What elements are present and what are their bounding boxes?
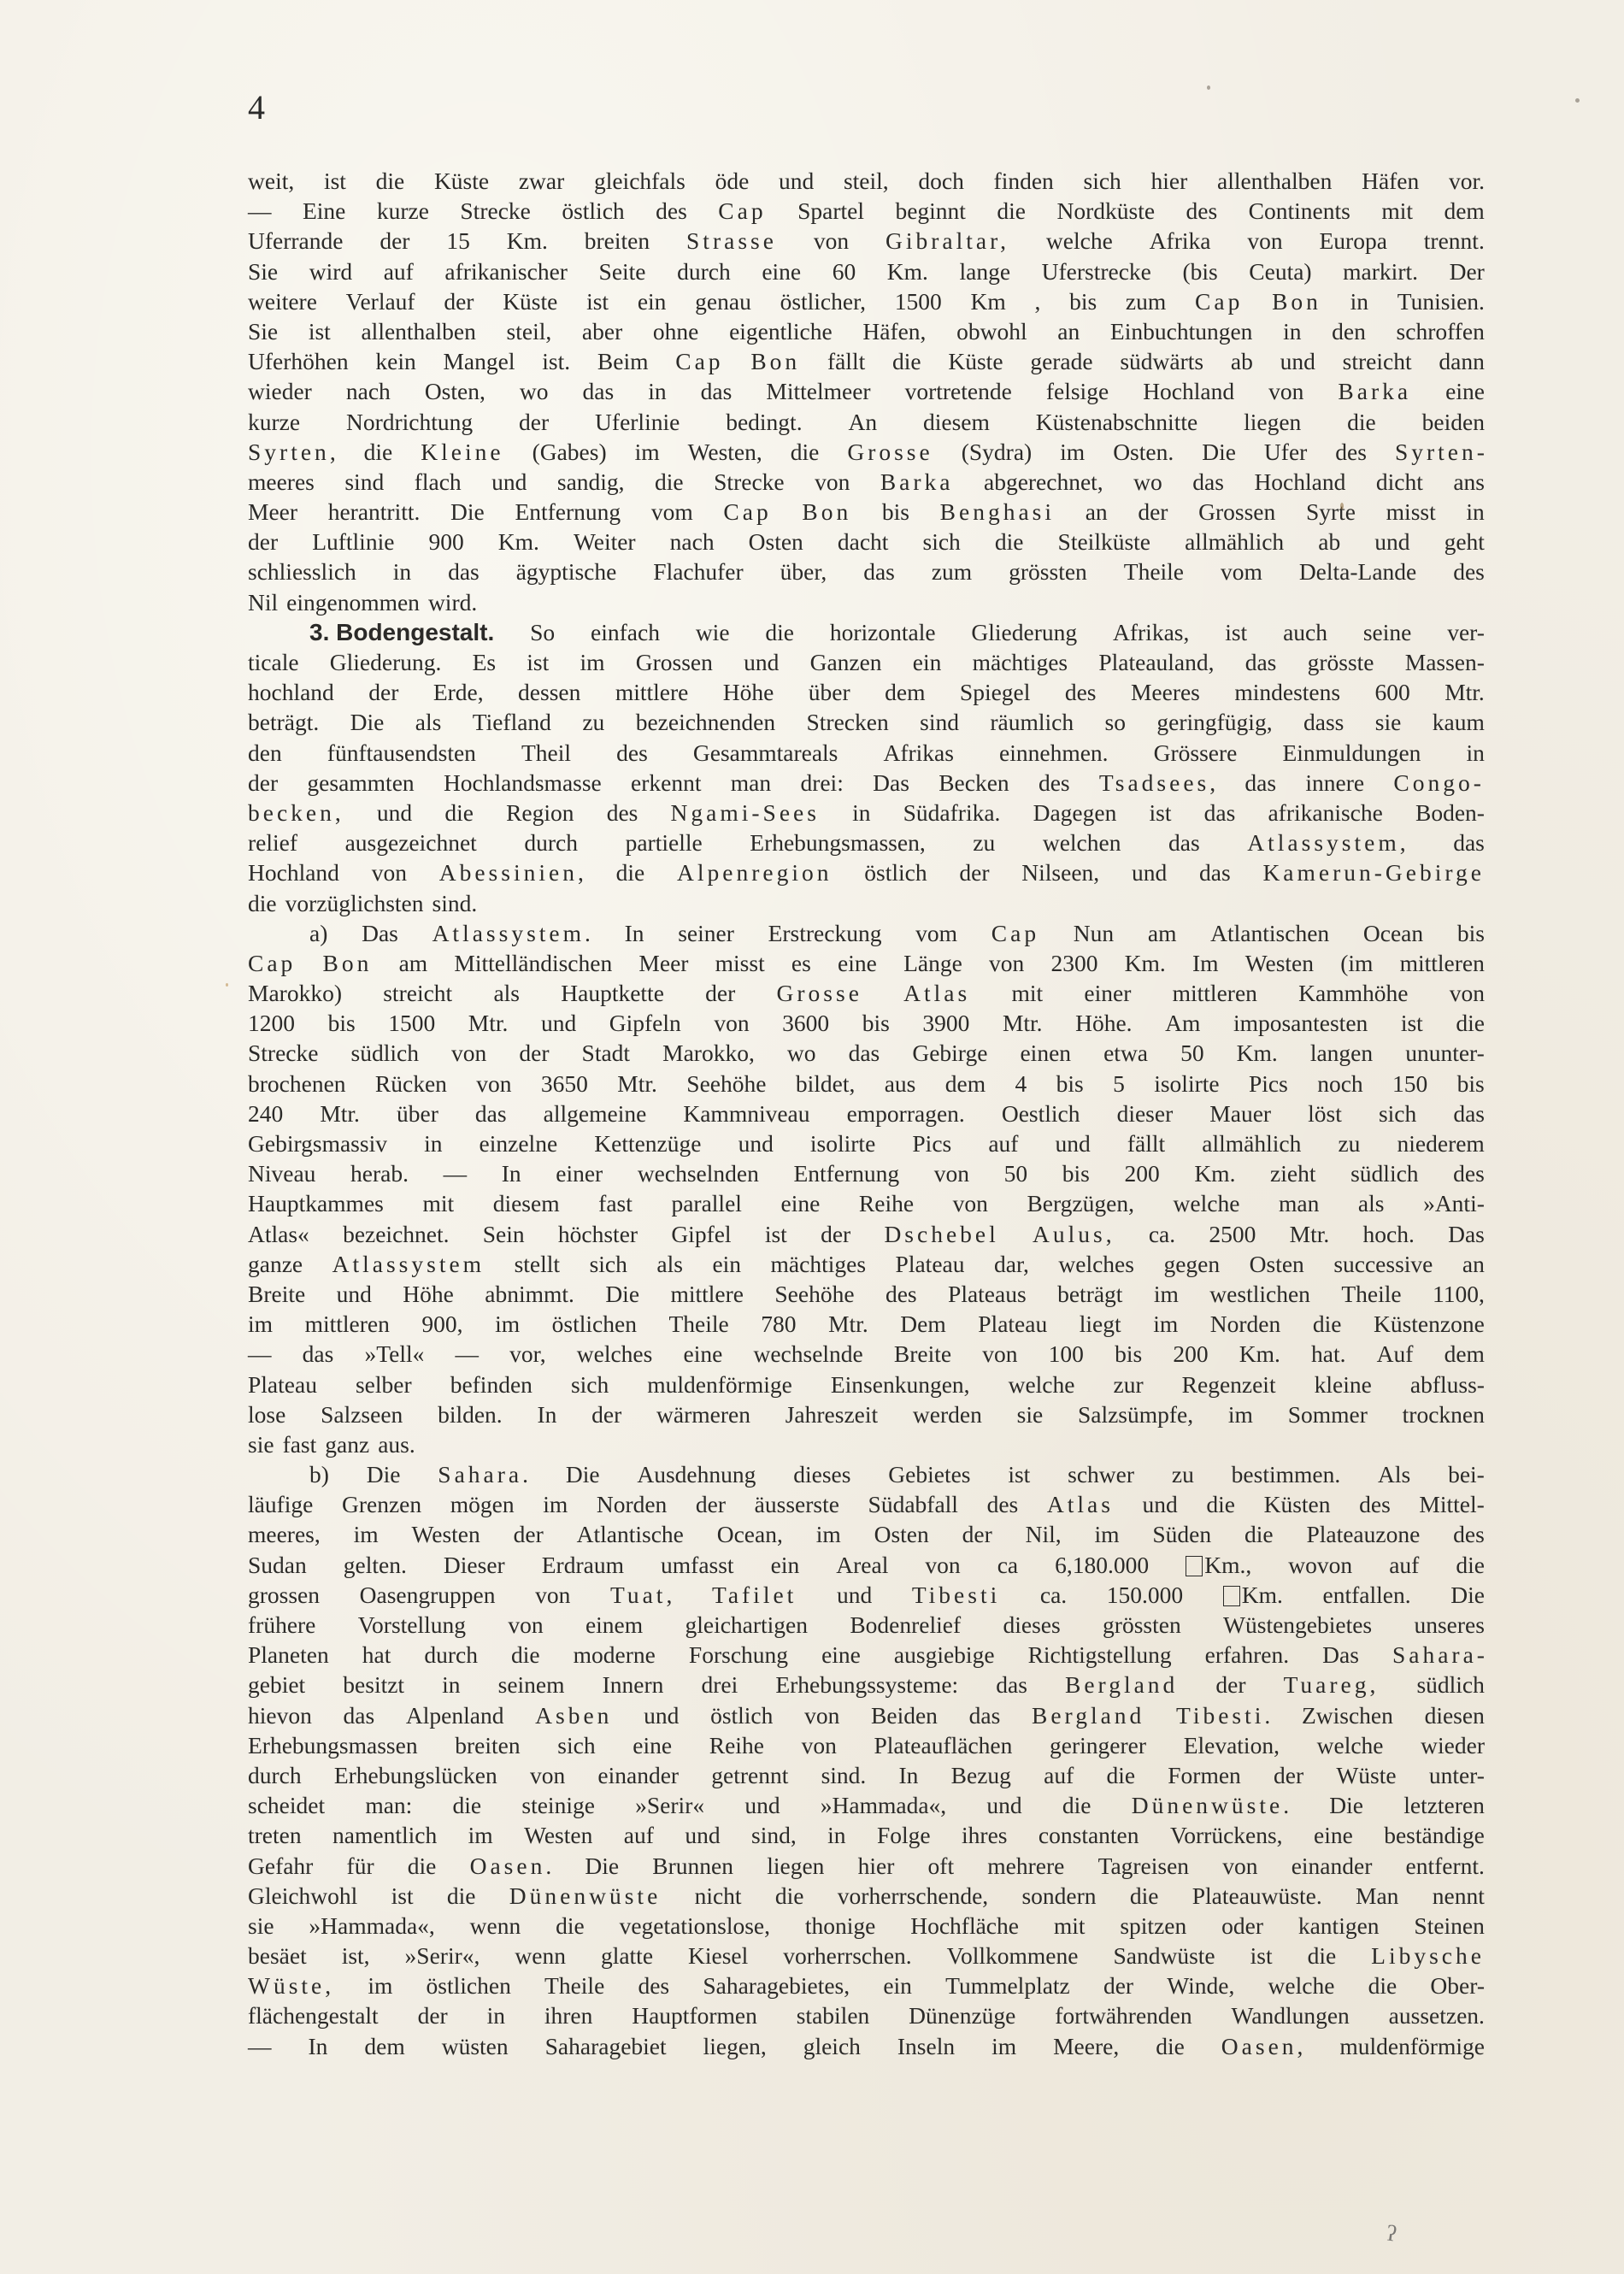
word: Dünenzüge: [909, 2000, 1015, 2030]
word: Dschebel: [884, 1219, 998, 1249]
word: Westen,: [688, 437, 762, 467]
word: allmählich: [1185, 527, 1284, 557]
word: Mtr.: [320, 1099, 360, 1128]
text-line: dievorzüglichstensind.: [248, 888, 1485, 918]
word: eine: [684, 1339, 723, 1369]
word: »Serir«,: [405, 1941, 480, 1971]
word: Einmuldungen: [1282, 738, 1421, 768]
word: Norden: [1210, 1309, 1280, 1339]
word: kurze: [377, 196, 429, 226]
word: Plateauflächen: [874, 1730, 1013, 1760]
word: das: [1199, 857, 1231, 887]
word: zur: [1113, 1370, 1143, 1399]
word: Grenzen: [342, 1489, 421, 1519]
word: Ocean: [1363, 918, 1423, 948]
word: des: [886, 1279, 917, 1309]
word: aus: [885, 1069, 916, 1099]
text-line: weitereVerlaufderKüsteisteingenauöstlich…: [248, 286, 1485, 316]
word: seine: [1363, 617, 1412, 647]
word: von: [953, 1188, 988, 1218]
word: Norden: [597, 1489, 667, 1519]
word: abfluss-: [1410, 1370, 1485, 1399]
word: emporragen.: [847, 1099, 965, 1128]
word: welche: [1046, 226, 1113, 256]
word: In: [899, 1760, 919, 1790]
text-line: gebietbesitztinseinemInnerndreiErhebungs…: [248, 1670, 1485, 1700]
word: Dagegen: [1033, 798, 1117, 828]
paper-speck: [226, 983, 228, 987]
word: vorherrschende,: [838, 1881, 988, 1911]
word: Mittel-: [1419, 1489, 1484, 1519]
word: löst: [1308, 1099, 1342, 1128]
word: sondern: [1021, 1881, 1096, 1911]
word: der: [1274, 1760, 1303, 1790]
word: man:: [365, 1790, 412, 1820]
word: die: [791, 437, 820, 467]
word: Brunnen: [652, 1851, 733, 1881]
word: vom: [1221, 557, 1262, 586]
word: 900,: [421, 1309, 462, 1339]
word: Tummelplatz: [945, 1971, 1070, 2000]
word: Ngami-Sees: [671, 798, 820, 828]
word: —: [248, 196, 272, 226]
word: misst: [1386, 497, 1436, 527]
word: In: [502, 1158, 521, 1188]
word: ein: [913, 647, 942, 677]
word: muldenförmige: [1339, 2031, 1485, 2061]
word: Im: [1192, 948, 1219, 978]
word: und: [685, 1820, 720, 1850]
word: »Tell«: [364, 1339, 424, 1369]
word: Oasen.: [470, 1851, 552, 1881]
word: Areal: [836, 1550, 888, 1580]
word: An: [848, 407, 877, 437]
word: Nordrichtung: [346, 407, 473, 437]
word: Plateauzone: [1306, 1519, 1420, 1549]
word: steil,: [844, 166, 889, 196]
word: bis: [882, 497, 909, 527]
word: treten: [248, 1820, 302, 1850]
word: von: [508, 1610, 543, 1640]
word: sich: [923, 527, 961, 557]
word: ein: [883, 1971, 912, 2000]
word: oft: [928, 1851, 955, 1881]
word: östlich: [710, 1700, 773, 1730]
word: zu: [973, 828, 995, 857]
word: wechselnde: [753, 1339, 862, 1369]
word: 6,180.000: [1055, 1550, 1149, 1580]
word: das: [1453, 828, 1485, 857]
word: dem: [885, 677, 925, 707]
text-line: besäetist,»Serir«,wennglatteKieselvorher…: [248, 1941, 1485, 1971]
word: Die: [350, 707, 385, 737]
word: weit,: [248, 166, 294, 196]
text-line: hochlandderErde,dessenmittlereHöheüberde…: [248, 677, 1485, 707]
word: kaum: [1433, 707, 1485, 737]
word: hat.: [1311, 1339, 1345, 1369]
word: getrennt: [711, 1760, 788, 1790]
text-line: UferhöhenkeinMangelist.BeimCapBonfälltdi…: [248, 346, 1485, 376]
word: Gesammtareals: [693, 738, 838, 768]
word: Küste: [503, 286, 557, 316]
word: beginnt: [895, 196, 966, 226]
word: finden: [994, 166, 1054, 196]
word: Mtr.: [468, 1008, 509, 1038]
word: Nordküste: [1056, 196, 1155, 226]
word: thonige: [805, 1911, 876, 1941]
word: —: [248, 1339, 272, 1369]
word: ist.: [542, 346, 570, 376]
word: des: [1065, 677, 1097, 707]
word: Auf: [1377, 1339, 1414, 1369]
word: innere: [1305, 768, 1364, 798]
word: von: [1450, 978, 1485, 1008]
word: Oasen,: [1221, 2031, 1303, 2061]
word: bis: [1062, 1158, 1090, 1188]
word: die: [364, 437, 393, 467]
word: allmählich: [1202, 1128, 1301, 1158]
word: gleich: [803, 2031, 861, 2061]
word: eigentliche: [729, 316, 833, 346]
word: Plateaus: [948, 1279, 1027, 1309]
word: Das: [873, 768, 909, 798]
word: misst: [715, 948, 765, 978]
word: die: [1456, 1550, 1485, 1580]
word: vegetationslose,: [620, 1911, 770, 1941]
word: Hauptformen: [632, 2000, 757, 2030]
word: Gebietes: [888, 1459, 970, 1489]
word: ca: [997, 1550, 1018, 1580]
word: In: [308, 2031, 327, 2061]
word: das: [1245, 647, 1277, 677]
word: Spiegel: [960, 677, 1031, 707]
word: seinem: [498, 1670, 565, 1700]
word: ist: [1008, 1459, 1030, 1489]
word: Bergland: [1032, 1700, 1144, 1730]
word: durch: [677, 256, 731, 286]
word: Uferlinie: [595, 407, 680, 437]
word: moderne: [574, 1640, 656, 1670]
text-line: PlanetenhatdurchdiemoderneForschungeinea…: [248, 1640, 1485, 1670]
word: ca.: [1040, 1580, 1067, 1610]
word: vom: [651, 497, 693, 527]
word: Hauptkammes: [248, 1188, 384, 1218]
word: in: [393, 557, 411, 586]
word: successive: [1333, 1249, 1433, 1279]
word: isolirte: [810, 1128, 875, 1158]
word: Hochland: [1254, 467, 1345, 497]
word: von: [714, 1008, 749, 1038]
word: Breite: [248, 1279, 305, 1309]
word: einer: [1084, 978, 1131, 1008]
word: herab.: [350, 1158, 409, 1188]
word: Inseln: [897, 2031, 955, 2061]
word: Grossen: [636, 647, 713, 677]
word: im: [635, 437, 660, 467]
word: der: [248, 768, 278, 798]
text-line: sie»Hammada«,wenndievegetationslose,thon…: [248, 1911, 1485, 1941]
word: Küstenabschnitte: [1036, 407, 1197, 437]
word: zu: [1172, 1459, 1194, 1489]
word: die: [1156, 2031, 1185, 2061]
word: Mtr.: [828, 1309, 868, 1339]
word: liegen: [1244, 407, 1301, 437]
text-line: Sudangelten.DieserErdraumumfassteinAreal…: [248, 1550, 1485, 1580]
word: Höhe.: [1075, 1008, 1132, 1038]
word: westlichen: [1209, 1279, 1310, 1309]
word: Eine: [303, 196, 345, 226]
word: Sie: [248, 256, 278, 286]
word: Küstenzone: [1374, 1309, 1485, 1339]
word: schwer: [1068, 1459, 1134, 1489]
word: Reihe: [859, 1188, 914, 1218]
word: Atlassystem: [332, 1249, 485, 1279]
word: über: [809, 677, 850, 707]
text-line: ganzeAtlassystemstelltsichalseinmächtige…: [248, 1249, 1485, 1279]
word: Cap: [1195, 286, 1243, 316]
text-line: durchErhebungslückenvoneinandergetrennts…: [248, 1760, 1485, 1790]
word: bildet,: [796, 1069, 856, 1099]
word: die: [447, 1881, 476, 1911]
word: ist,: [342, 1941, 370, 1971]
word: Erhebungslücken: [334, 1760, 497, 1790]
word: auf: [1044, 1760, 1074, 1790]
word: mit: [1381, 196, 1413, 226]
word: Abessinien,: [439, 857, 584, 887]
word: bilden.: [438, 1399, 503, 1429]
word: breiten: [455, 1730, 520, 1760]
word: durch: [248, 1760, 302, 1790]
word: in: [852, 798, 870, 828]
word: mit: [1054, 1911, 1086, 1941]
word: unseres: [1414, 1610, 1484, 1640]
word: welches: [1058, 1249, 1134, 1279]
word: hat: [362, 1640, 391, 1670]
word: ist: [1149, 798, 1171, 828]
document-page: 4 weit,istdieKüstezwargleichfalsödeundst…: [0, 0, 1624, 2274]
text-line: —das»Tell«—vor,welcheseinewechselndeBrei…: [248, 1339, 1485, 1369]
word: Niveau: [248, 1158, 315, 1188]
word: ticale: [248, 647, 299, 677]
word: zum: [1126, 286, 1166, 316]
word: im: [1060, 437, 1085, 467]
word: als: [415, 707, 442, 737]
word: lose: [248, 1399, 285, 1429]
word: die: [765, 617, 794, 647]
word: wird.: [428, 587, 477, 617]
word: ganz: [325, 1429, 369, 1459]
word: Steilküste: [1058, 527, 1150, 557]
word: der: [1138, 497, 1168, 527]
word: fällt: [827, 346, 865, 376]
word: diesem: [493, 1188, 560, 1218]
word: Plateau: [978, 1309, 1047, 1339]
word: Sudan: [248, 1550, 307, 1580]
word: im: [991, 2031, 1016, 2061]
word: Gleichwohl: [248, 1881, 357, 1911]
word: Die: [566, 1459, 600, 1489]
word: namentlich: [332, 1820, 437, 1850]
word: zum: [932, 557, 972, 586]
word: Die: [1329, 1790, 1363, 1820]
word: der: [519, 1038, 549, 1068]
word: Forschung: [689, 1640, 788, 1670]
word: besitzt: [343, 1670, 404, 1700]
word: Dünenwüste: [509, 1881, 661, 1911]
word: mögen: [450, 1489, 515, 1519]
word: und: [779, 166, 814, 196]
word: etwa: [1103, 1038, 1148, 1068]
word: über,: [780, 557, 827, 586]
word: des: [1359, 1489, 1391, 1519]
word: sandig,: [557, 467, 625, 497]
text-line: Atlas«bezeichnet.SeinhöchsterGipfelistde…: [248, 1219, 1485, 1249]
word: Breite: [894, 1339, 951, 1369]
text-line: ErhebungsmassenbreitensicheineReihevonPl…: [248, 1730, 1485, 1760]
text-line: frühereVorstellungvoneinemgleichartigenB…: [248, 1610, 1485, 1640]
word: »Anti-: [1423, 1188, 1485, 1218]
word: dass: [1303, 707, 1344, 737]
word: das: [344, 1700, 375, 1730]
word: des: [1039, 768, 1070, 798]
word: man: [731, 768, 771, 798]
word: Häfen,: [862, 316, 926, 346]
word: Ceuta): [1249, 256, 1311, 286]
word: besäet: [248, 1941, 307, 1971]
word: Cap: [248, 948, 296, 978]
word: sich: [590, 1249, 627, 1279]
word: der: [418, 2000, 448, 2030]
word: Am: [1165, 1008, 1200, 1038]
word: ca.: [1149, 1219, 1175, 1249]
word: Region: [506, 798, 574, 828]
word: muldenförmige: [647, 1370, 792, 1399]
word: wenn: [515, 1941, 566, 1971]
word: Erdraum: [542, 1550, 624, 1580]
word: der: [368, 677, 398, 707]
word: Saharagebietes,: [703, 1971, 850, 2000]
word: der: [1215, 1670, 1245, 1700]
word: 1500: [895, 286, 942, 316]
word: Pics: [912, 1128, 951, 1158]
word: Km.: [1237, 1038, 1278, 1068]
word: Theile: [1341, 1279, 1401, 1309]
word: südlich: [351, 1038, 419, 1068]
word: Die: [1450, 1580, 1485, 1610]
word: in: [1283, 316, 1301, 346]
word: das: [969, 1700, 1001, 1730]
word: parallel: [671, 1188, 741, 1218]
word: Entfernung: [793, 1158, 899, 1188]
word: von: [1222, 1851, 1257, 1881]
word: Tuareg,: [1284, 1670, 1380, 1700]
word: Als: [1378, 1459, 1410, 1489]
word: vorzüglichsten: [285, 888, 424, 918]
word: Grössere: [1154, 738, 1238, 768]
word: brochenen: [248, 1069, 346, 1099]
word: Die: [450, 497, 485, 527]
word: Tagreisen: [1098, 1851, 1190, 1881]
word: Alpenland: [406, 1700, 504, 1730]
word: des: [987, 1489, 1019, 1519]
word: Flachufer: [653, 557, 743, 586]
word: im: [1153, 1309, 1178, 1339]
word: läufige: [248, 1489, 313, 1519]
word: streicht: [383, 978, 452, 1008]
word: flach: [415, 467, 462, 497]
word: In: [625, 918, 644, 948]
word: Die: [605, 1279, 639, 1309]
word: fünftausendsten: [327, 738, 476, 768]
word: Das: [362, 918, 398, 948]
text-line: flächengestaltderinihrenHauptformenstabi…: [248, 2000, 1485, 2030]
word: Häfen: [1362, 166, 1419, 196]
word: Tiefland: [473, 707, 551, 737]
word: Osten: [1250, 1249, 1304, 1279]
word: die: [995, 527, 1024, 557]
word: Tibesti.: [1176, 1700, 1270, 1730]
word: Barka: [1338, 376, 1411, 406]
word: entfallen.: [1323, 1580, 1411, 1610]
word: und: [644, 1700, 679, 1730]
text-line: 1200bis1500Mtr.undGipfelnvon3600bis3900M…: [248, 1008, 1485, 1038]
word: als: [656, 1249, 683, 1279]
word: Die: [1202, 437, 1236, 467]
word: als: [493, 978, 520, 1008]
word: durch: [424, 1640, 478, 1670]
text-line: hievondasAlpenlandAsbenundöstlichvonBeid…: [248, 1700, 1485, 1730]
word: unter-: [1429, 1760, 1485, 1790]
word: und: [541, 1008, 576, 1038]
word: einer: [556, 1158, 603, 1188]
word: man: [1279, 1188, 1319, 1218]
text-line: reliefausgezeichnetdurchpartielleErhebun…: [248, 828, 1485, 857]
word: isolirte: [1154, 1069, 1219, 1099]
word: Formen: [1168, 1760, 1241, 1790]
word: Bodenrelief: [850, 1610, 961, 1640]
word: spitzen: [1120, 1911, 1186, 1941]
word: wo: [787, 1038, 816, 1068]
word: im: [816, 1519, 841, 1549]
word: Mittelmeer: [766, 376, 870, 406]
word: Afrikas,: [1113, 617, 1189, 647]
paragraph-sahara: b)DieSahara.DieAusdehnungdiesesGebietesi…: [248, 1459, 1485, 2061]
word: Westen: [1245, 948, 1314, 978]
word: einnehmen.: [999, 738, 1109, 768]
word: hievon: [248, 1700, 312, 1730]
word: Beim: [597, 346, 649, 376]
word: die: [376, 166, 405, 196]
word: Sahara.: [438, 1459, 528, 1489]
word: ein: [638, 286, 667, 316]
word: einander: [597, 1760, 679, 1790]
word: Sie: [248, 316, 278, 346]
word: die: [1368, 1971, 1397, 2000]
word: seiner: [678, 918, 734, 948]
word: des: [607, 798, 638, 828]
text-line: becken,unddieRegiondesNgami-SeesinSüdafr…: [248, 798, 1485, 828]
word: die: [453, 1790, 482, 1820]
paper-speck: [1340, 503, 1344, 510]
paragraph-coast: weit,istdieKüstezwargleichfalsödeundstei…: [248, 166, 1485, 617]
word: das: [1192, 467, 1224, 497]
word: In: [537, 1399, 556, 1429]
word: vorherrschen.: [783, 1941, 911, 1971]
word: scheidet: [248, 1790, 325, 1820]
word: Bon: [802, 497, 851, 527]
word: gleichartigen: [685, 1610, 808, 1640]
word: bezeichnet.: [343, 1219, 449, 1249]
